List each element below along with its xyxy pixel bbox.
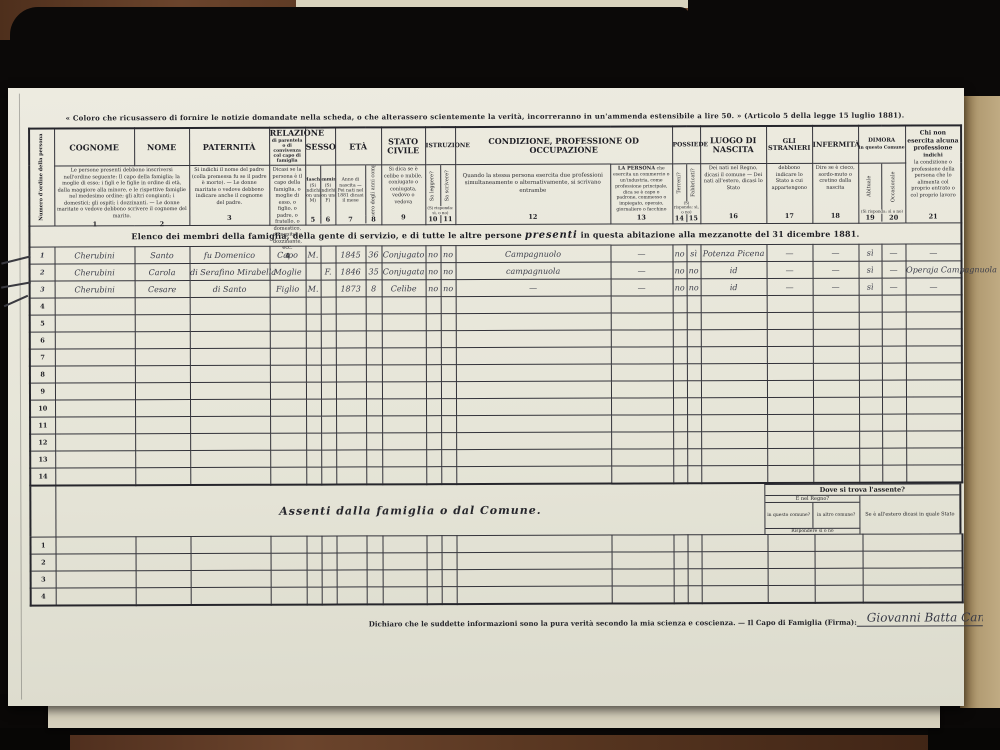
col-num-11: 11 [440, 215, 455, 223]
cell [270, 314, 306, 331]
cell [673, 364, 687, 381]
cell [426, 297, 441, 314]
cell [441, 416, 456, 433]
cell [456, 364, 611, 382]
cell [687, 296, 701, 313]
cell [441, 331, 456, 348]
cell [456, 415, 611, 433]
row-number: 14 [30, 468, 55, 486]
cell [336, 433, 366, 450]
cell [673, 466, 687, 484]
cell [859, 431, 882, 448]
cell [337, 587, 367, 605]
cell [135, 537, 190, 554]
cell [456, 432, 611, 450]
cell [322, 587, 337, 605]
cell [673, 296, 687, 313]
cell: 1845 [335, 246, 365, 263]
cell [673, 330, 687, 347]
dove-assente-box: Dove si trova l'assente? È nel Regno? in… [764, 483, 959, 534]
cell [382, 536, 426, 553]
cell: Carola [135, 264, 190, 281]
cell [321, 416, 336, 433]
cell [441, 399, 456, 416]
cell: — [813, 278, 859, 295]
cell [701, 432, 767, 449]
cell [190, 399, 270, 416]
cell: 8 [366, 280, 382, 297]
cell [906, 465, 962, 483]
desc-luogo: Dei nati nel Regno, dicasi il comune — D… [700, 163, 766, 224]
cell [382, 399, 426, 416]
desc-condizione-1: Quando la stessa persona esercita due pr… [455, 164, 610, 225]
cell [382, 416, 426, 433]
cell [906, 312, 962, 329]
col-num-10: 10 [426, 215, 440, 223]
cell [426, 382, 441, 399]
cell [426, 536, 441, 553]
col-num-1: 1 [55, 220, 135, 228]
cell [270, 348, 306, 365]
cell [307, 587, 322, 605]
cell [674, 569, 688, 586]
cell [813, 363, 859, 380]
cell [611, 398, 673, 415]
cell [135, 468, 190, 486]
cell [814, 534, 862, 551]
row-number: 6 [30, 332, 55, 349]
row-number: 3 [30, 281, 55, 298]
col-num-16: 16 [701, 213, 766, 222]
cell [270, 536, 306, 553]
cell [456, 381, 611, 399]
cell [426, 348, 441, 365]
col-num-19: 19 [859, 214, 882, 222]
cell [906, 295, 962, 312]
cell [55, 332, 135, 349]
cell [813, 431, 859, 448]
cell [55, 400, 135, 417]
cell: Santo [134, 247, 189, 264]
cell [441, 382, 456, 399]
cell [336, 365, 366, 382]
cell [270, 467, 306, 485]
cell [426, 399, 441, 416]
cell [767, 346, 813, 363]
desc-dimora: Abituale Occasionale (Si risponda: sì o … [858, 163, 905, 224]
header-relazione: RELAZIONE di parentela o di convivenza c… [269, 128, 305, 165]
cell: — [906, 244, 962, 261]
cell [441, 348, 456, 365]
cell: Cherubini [55, 264, 135, 281]
cell [366, 433, 382, 450]
cell [441, 536, 456, 553]
cell [336, 382, 366, 399]
cell [136, 554, 191, 571]
cell [366, 348, 382, 365]
cell [906, 448, 962, 465]
cell [190, 365, 270, 382]
cell: — [767, 278, 813, 295]
cell [687, 398, 701, 415]
cell [701, 330, 767, 347]
cell [906, 380, 962, 397]
cell [382, 297, 426, 314]
cell [674, 586, 688, 604]
assente-altro-comune: in altro comune? [812, 503, 860, 528]
cell: no [426, 263, 441, 280]
cell [687, 364, 701, 381]
cell [767, 380, 813, 397]
cell: 1846 [336, 263, 366, 280]
cell [767, 363, 813, 380]
cell: M. [306, 280, 321, 297]
cell [906, 329, 962, 346]
cell [321, 365, 336, 382]
cell [56, 571, 136, 588]
cell [612, 586, 674, 604]
col-num-7: 7 [336, 216, 365, 224]
cell [55, 366, 135, 383]
cell: — [611, 279, 673, 296]
header-luogo-nascita: LUOGO DI NASCITA [700, 126, 766, 163]
cell [270, 450, 306, 467]
cell: 36 [365, 246, 381, 263]
declaration: Dichiaro che le suddette informazioni so… [51, 610, 983, 629]
cell [813, 380, 859, 397]
cell [862, 534, 962, 551]
cell [321, 433, 336, 450]
cell [611, 364, 673, 381]
cell: di Serafino Mirabella [190, 263, 270, 280]
cell [859, 346, 882, 363]
cell [135, 434, 190, 451]
header-possiede: POSSIEDE [672, 126, 700, 163]
cell [673, 347, 687, 364]
cell [456, 398, 611, 416]
cell [688, 569, 702, 586]
cell [382, 382, 426, 399]
cell [383, 587, 427, 605]
cell [906, 363, 962, 380]
cell [336, 314, 366, 331]
cell [687, 381, 701, 398]
cell [688, 586, 702, 604]
header-cognome: COGNOME [54, 128, 134, 165]
col-num-5: 5 [306, 216, 320, 224]
cell [882, 363, 906, 380]
cell [767, 465, 813, 483]
cell [336, 536, 366, 553]
bottom-left-shadow [0, 728, 70, 750]
cell: no [673, 245, 687, 262]
cell [55, 417, 135, 434]
cell [611, 347, 673, 364]
header-chi-non-esercita: Chi non esercita alcuna professione indi… [905, 125, 961, 223]
desc-relazione: Dicasi se la persona è il capo della fam… [269, 165, 305, 226]
header-nome: NOME [134, 128, 189, 165]
row-number: 2 [31, 554, 56, 571]
table-row: 14 [30, 465, 962, 486]
row-number: 8 [30, 366, 55, 383]
assenti-table: 1234 [29, 533, 963, 606]
cell [135, 451, 190, 468]
cell [366, 382, 382, 399]
cell [456, 313, 611, 331]
cell [306, 467, 321, 485]
cell [55, 451, 135, 468]
header-paternita: PATERNITÀ [189, 128, 269, 165]
cell [270, 416, 306, 433]
header-dimora-sub: in questo Comune [859, 145, 905, 150]
cell [383, 553, 427, 570]
cell [366, 450, 382, 467]
cell [336, 399, 366, 416]
cell [271, 587, 307, 605]
header-infermita: INFERMITÀ [812, 126, 858, 163]
header-stato-civile: STATO CIVILE [381, 127, 425, 164]
desc-stato-civile: Si dica se è celibe o nubile, coniugato … [381, 164, 425, 225]
cell [337, 570, 367, 587]
cell [336, 416, 366, 433]
cell [611, 535, 673, 552]
desc-sesso: Maschi(Si indichi con una M) Femmine(Si … [305, 165, 335, 226]
cell [813, 448, 859, 465]
cell [882, 465, 906, 483]
cell [135, 366, 190, 383]
cell [191, 553, 271, 570]
cell [56, 588, 136, 606]
cell [135, 417, 190, 434]
assenti-title: Assenti dalla famiglia o dal Comune. [56, 484, 764, 536]
cell [336, 467, 366, 485]
cell [306, 433, 321, 450]
cell [135, 315, 190, 332]
col-num-6: 6 [320, 216, 335, 224]
cell [687, 347, 701, 364]
cell [190, 382, 270, 399]
cell: Campagnuolo [456, 245, 611, 263]
cell [767, 448, 813, 465]
cell [906, 414, 962, 431]
cell: — [813, 261, 859, 278]
cell [701, 415, 767, 432]
cell [611, 381, 673, 398]
cell: sì [687, 245, 701, 262]
cell [426, 433, 441, 450]
cell [190, 467, 270, 485]
header-ordine: Numero d'ordine della persona [29, 129, 54, 227]
cell [442, 570, 457, 587]
census-sheet: « Coloro che ricusassero di fornire le n… [8, 88, 964, 706]
cell [427, 553, 442, 570]
col-num-17: 17 [767, 213, 812, 222]
cell [382, 365, 426, 382]
row-number: 4 [30, 298, 55, 315]
cell [687, 466, 701, 484]
cell [611, 330, 673, 347]
cell [271, 570, 307, 587]
wood-table-bottom [0, 735, 1000, 750]
cell [55, 537, 135, 554]
cell [882, 397, 906, 414]
cell [882, 295, 906, 312]
cell: — [882, 278, 906, 295]
header-dimora: DIMORA in questo Comune [858, 126, 905, 163]
cell: — [767, 261, 813, 278]
header-stranieri: GLI STRANIERI [766, 126, 812, 163]
row-number: 4 [31, 588, 56, 606]
cell: Cherubini [55, 281, 135, 298]
cell: 35 [366, 263, 382, 280]
cell [456, 296, 611, 314]
header-condizione: CONDIZIONE, PROFESSIONE OD OCCUPAZIONE [455, 126, 672, 164]
col-num-21: 21 [906, 214, 961, 223]
cell [687, 313, 701, 330]
cell [768, 551, 815, 568]
cell: id [701, 262, 767, 279]
cell [859, 312, 882, 329]
cell [701, 535, 767, 552]
cell [768, 585, 815, 603]
col-num-13: 13 [611, 214, 672, 223]
cell [321, 450, 336, 467]
cell [442, 587, 457, 605]
row-number: 1 [30, 537, 55, 554]
cell: sì [859, 278, 882, 295]
desc-infermita: Dire se è cieco, sordo-muto o cretino da… [812, 163, 858, 224]
cell [906, 431, 962, 448]
cell [307, 553, 322, 570]
cell [813, 295, 859, 312]
header-istruzione: ISTRUZIONE [425, 127, 455, 164]
cell [456, 466, 611, 484]
cell [366, 314, 382, 331]
cell [612, 552, 674, 569]
cell [367, 553, 383, 570]
cell: Celibe [382, 280, 426, 297]
cell [307, 570, 322, 587]
cell: Operaja Campagnuola [906, 261, 962, 278]
cell: no [441, 246, 456, 263]
cell: — [906, 278, 962, 295]
desc-condizione-2: LA PERSONA che esercita un commercio o u… [610, 163, 672, 224]
cell [442, 553, 457, 570]
cell [813, 397, 859, 414]
cell [270, 297, 306, 314]
col-num-18: 18 [813, 213, 858, 222]
cell: Potenza Picena [701, 245, 767, 262]
cell [306, 382, 321, 399]
cell [321, 467, 336, 485]
cell [55, 298, 135, 315]
cell [457, 552, 612, 570]
cell [813, 346, 859, 363]
assente-estero: Se è all'estero dicasi in quale Stato [860, 495, 959, 533]
cell [336, 450, 366, 467]
cell [673, 398, 687, 415]
cell [306, 450, 321, 467]
cell [767, 534, 814, 551]
col-num-9: 9 [382, 215, 425, 224]
cell [426, 314, 441, 331]
cell [815, 551, 863, 568]
cell [321, 348, 336, 365]
cell: Moglie [270, 263, 306, 280]
cell [367, 570, 383, 587]
cell [859, 380, 882, 397]
cell [882, 329, 906, 346]
cell [306, 365, 321, 382]
cell [702, 586, 768, 604]
col-num-12: 12 [456, 214, 610, 223]
cell [55, 383, 135, 400]
row-number: 9 [30, 383, 55, 400]
cell [701, 398, 767, 415]
row-number: 7 [30, 349, 55, 366]
cell: — [611, 245, 673, 262]
cell [366, 365, 382, 382]
cell [321, 280, 336, 297]
cell [382, 331, 426, 348]
cell: Figlio [270, 280, 306, 297]
cell [337, 553, 367, 570]
cell: di Santo [190, 280, 270, 297]
cell [441, 467, 456, 485]
cell [321, 399, 336, 416]
cell [426, 467, 441, 485]
cell [687, 449, 701, 466]
black-folder-right [688, 0, 1000, 97]
cell [321, 297, 336, 314]
row-number: 12 [30, 434, 55, 451]
cell: — [882, 244, 906, 261]
cell [271, 553, 307, 570]
cell [456, 330, 611, 348]
header-eta: ETÀ [335, 127, 381, 164]
desc-stranieri: debbono indicare lo Stato a cui apparten… [766, 163, 812, 224]
cell [882, 431, 906, 448]
col-num-14: 14 [673, 215, 686, 223]
cell [270, 365, 306, 382]
cell [321, 314, 336, 331]
desc-paternita: Si indichi il nome del padre (colla prem… [189, 165, 269, 226]
cell [426, 416, 441, 433]
cell [367, 587, 383, 605]
cell [813, 414, 859, 431]
present-persons-rows: 1CherubiniSantofu DomenicoCapoM.184536Co… [29, 244, 962, 486]
cell [190, 536, 270, 553]
cell [859, 363, 882, 380]
cell [767, 431, 813, 448]
cell [383, 570, 427, 587]
cell [688, 552, 702, 569]
cell [701, 313, 767, 330]
cell [306, 348, 321, 365]
cell [306, 416, 321, 433]
cell [190, 297, 270, 314]
cell: no [441, 280, 456, 297]
cell [456, 449, 611, 467]
cell: no [673, 262, 687, 279]
cell [191, 587, 271, 605]
desc-eta: Anno di nascita — Pei nati nel 1881 dica… [335, 164, 381, 225]
cell [136, 571, 191, 588]
cell [767, 312, 813, 329]
assenti-band: Assenti dalla famiglia o dal Comune. Dov… [29, 483, 961, 536]
cell [882, 346, 906, 363]
cell [441, 314, 456, 331]
